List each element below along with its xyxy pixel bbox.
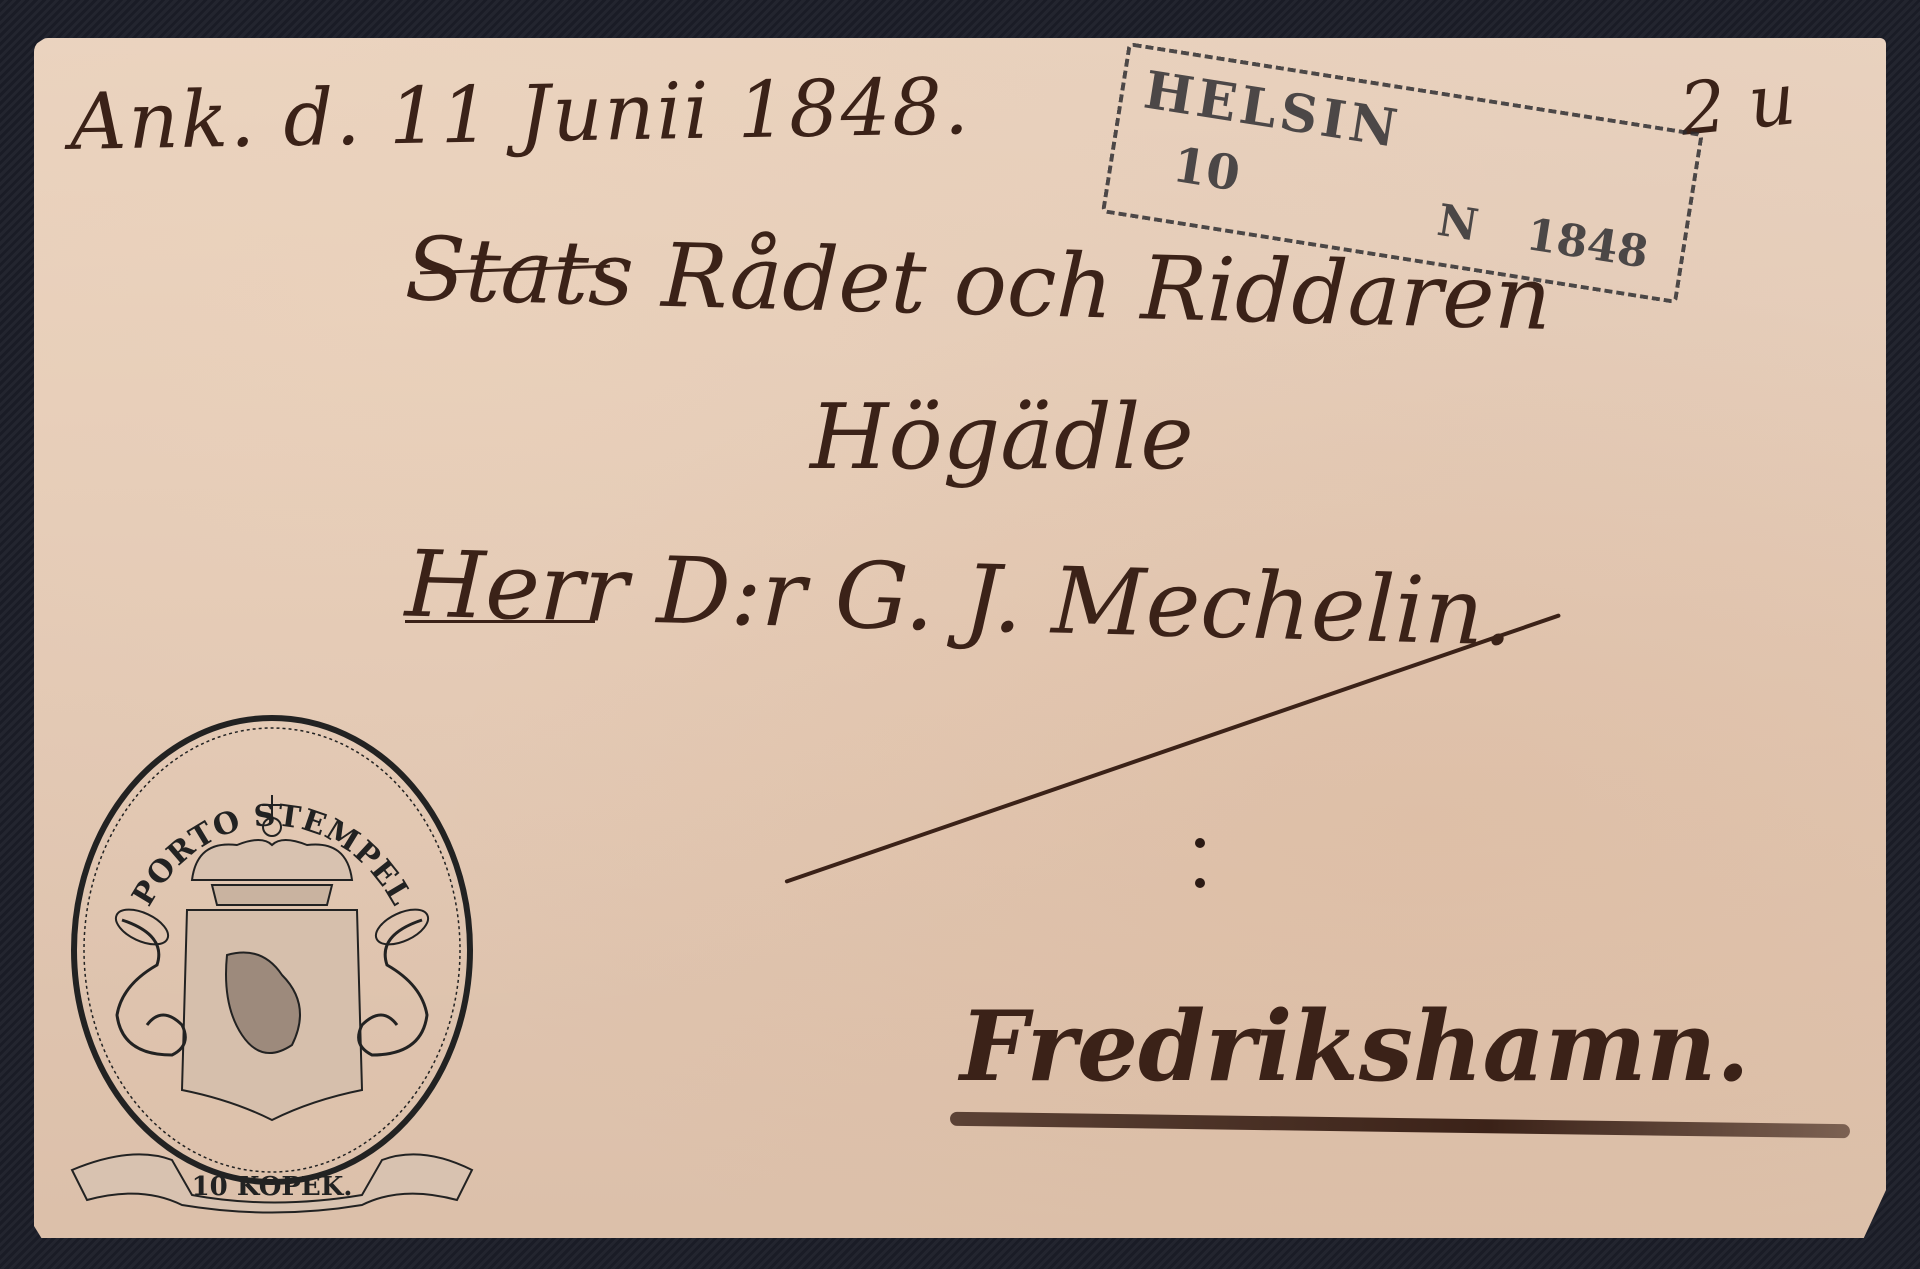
svg-text:10 KOPEK.: 10 KOPEK. [192,1172,353,1202]
colon-dots [1195,838,1205,918]
coat-of-arms-icon: PORTO STEMPEL 10 KOPEK. [62,705,482,1225]
postmark-day: 10 [1169,137,1244,203]
porto-stempel-indicium: PORTO STEMPEL 10 KOPEK. [62,705,482,1225]
address-line-honorific: Högädle [810,385,1194,490]
address-line-city: Fredrikshamn. [960,990,1750,1103]
receipt-date-note: Ank. d. 11 Junii 1848. [69,62,971,168]
strikethrough-mark [405,620,595,623]
